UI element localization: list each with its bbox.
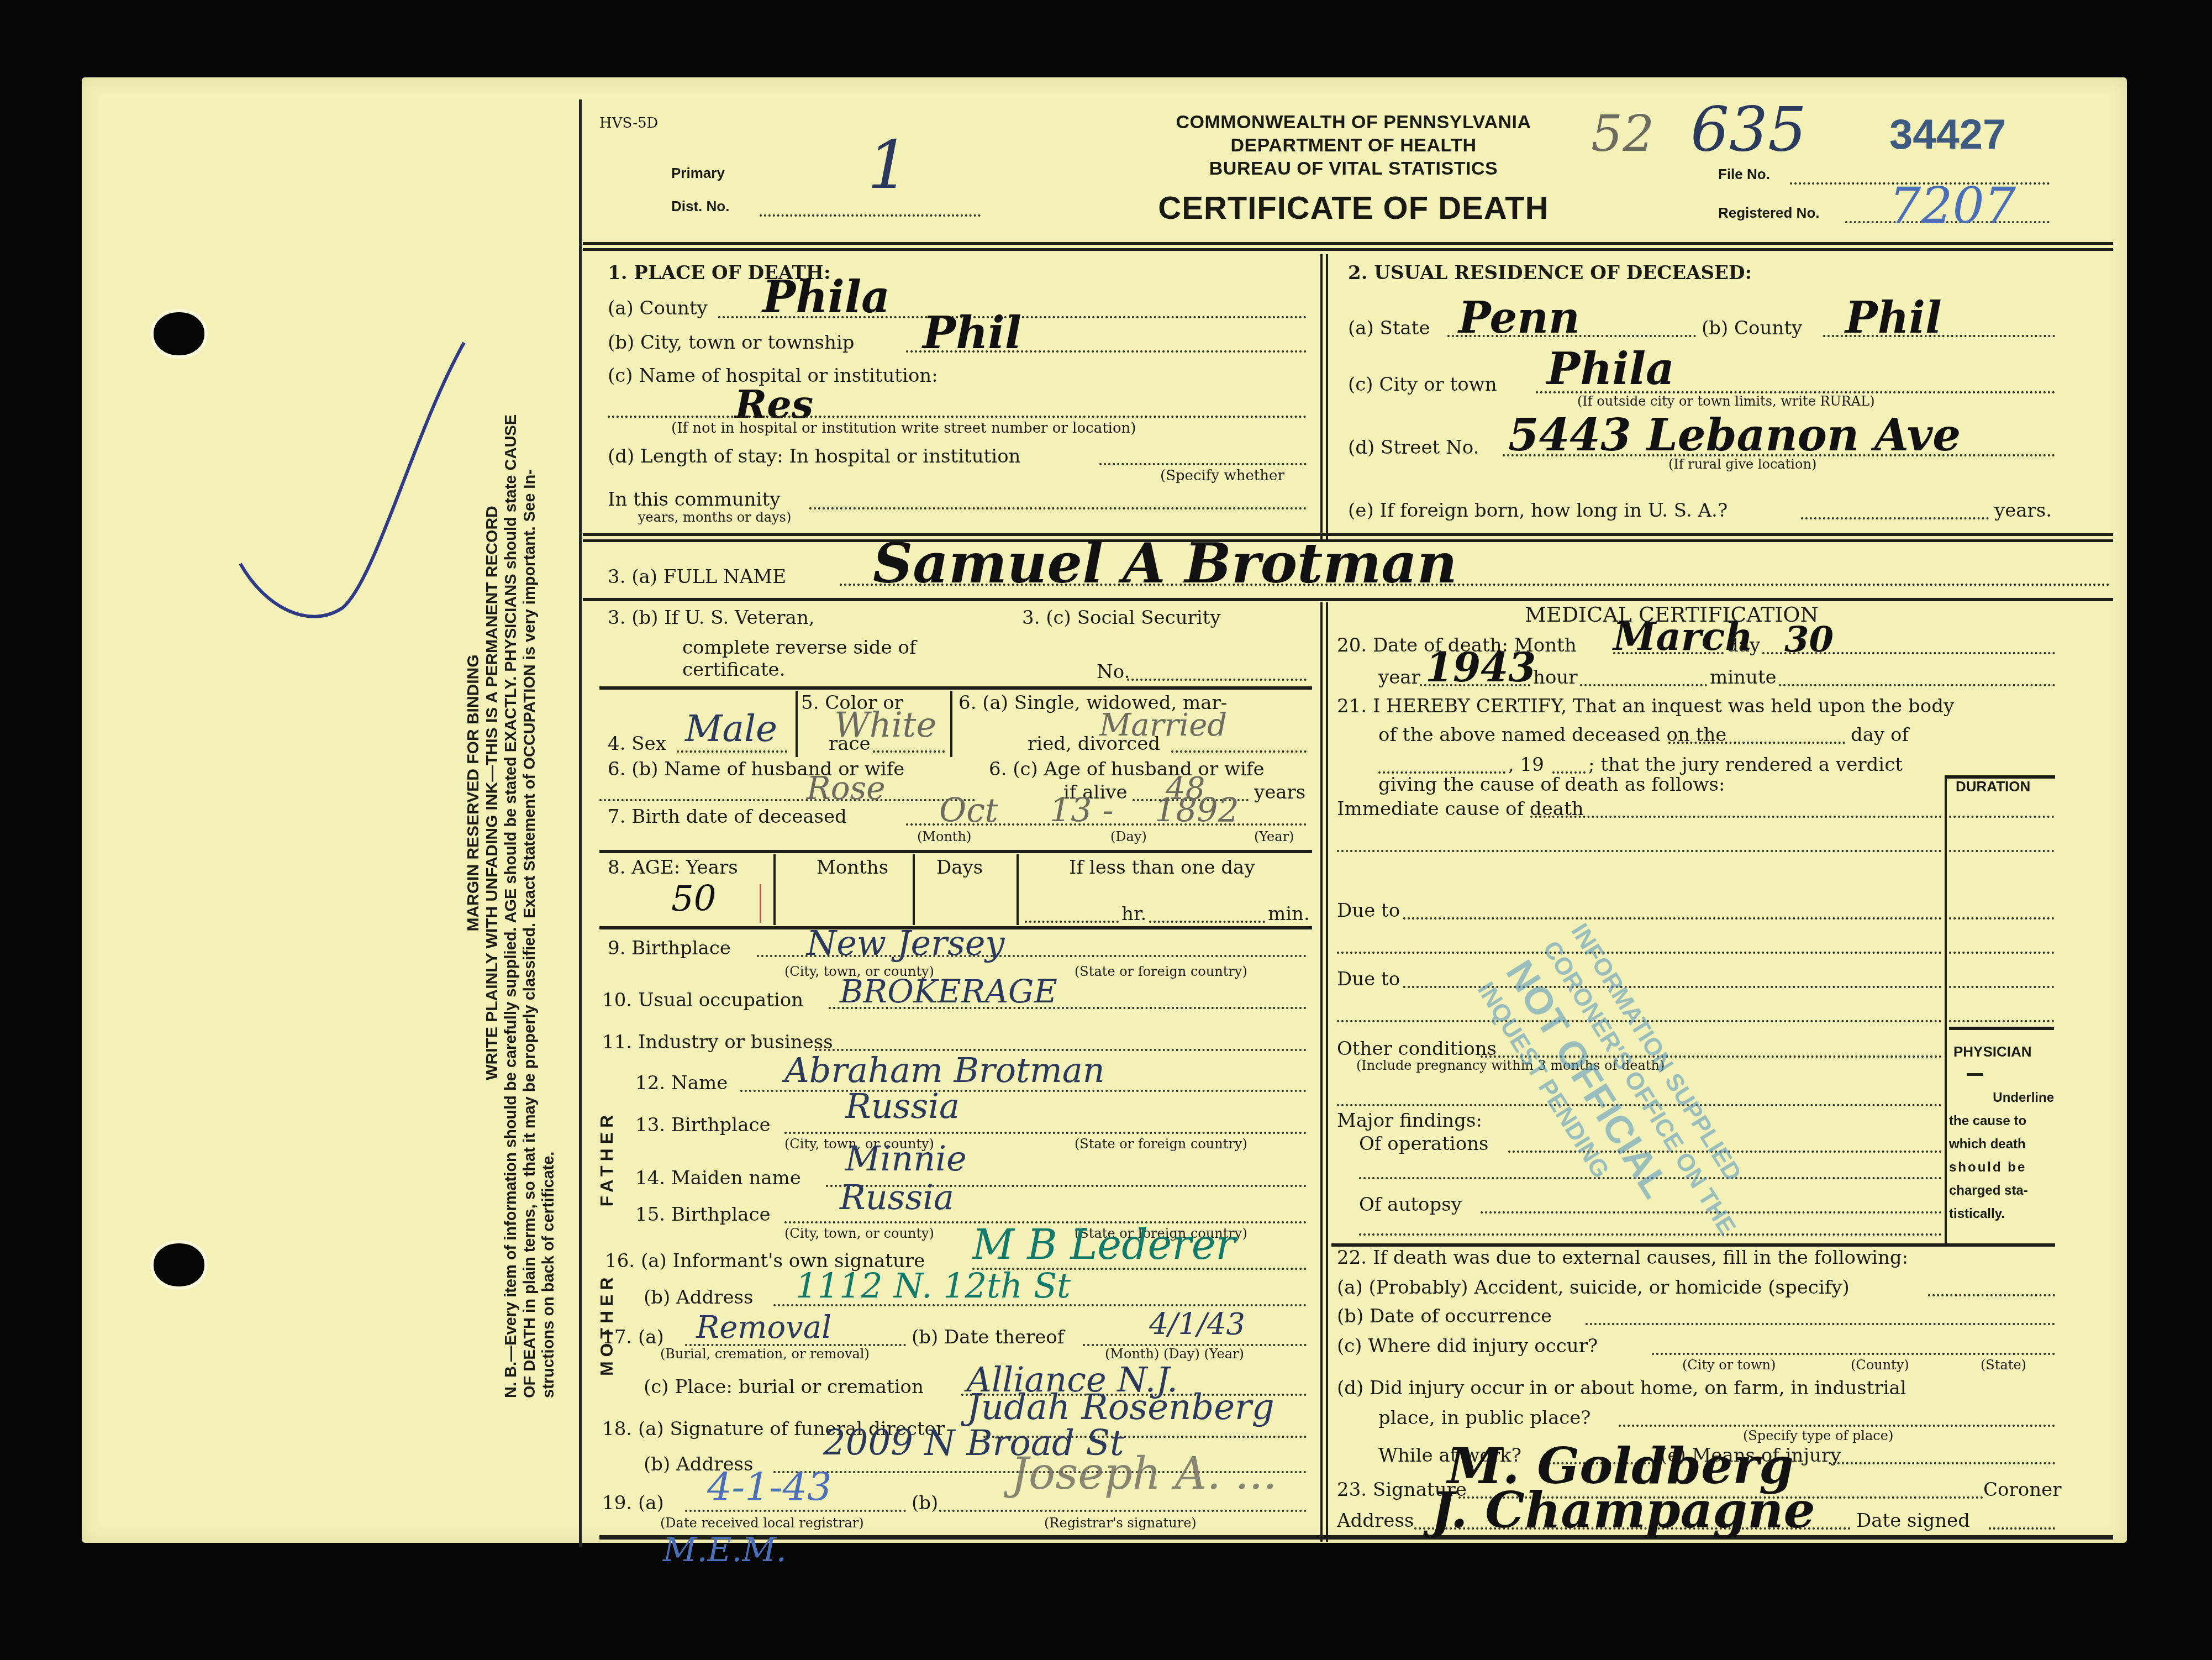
means-of-injury-field[interactable] bbox=[1829, 1462, 2055, 1464]
due-to-duration-1b[interactable] bbox=[1949, 952, 2054, 954]
due-to-duration-2b[interactable] bbox=[1949, 1020, 2054, 1022]
color-marital-divider bbox=[950, 691, 952, 757]
margin-note-3: structions on back of certificate. bbox=[539, 144, 558, 1442]
registrar-initials: M.E.M. bbox=[663, 1531, 787, 1569]
dist-no-label: Dist. No. bbox=[671, 198, 729, 214]
veteran-label-1: 3. (b) If U. S. Veteran, bbox=[608, 607, 815, 629]
autopsy-label: Of autopsy bbox=[1359, 1194, 1462, 1216]
state-label: (a) State bbox=[1348, 317, 1430, 339]
margin-title: MARGIN RESERVED FOR BINDING bbox=[464, 144, 483, 1442]
occupation-label: 10. Usual occupation bbox=[602, 989, 803, 1011]
section-divider-2 bbox=[583, 598, 2113, 601]
foreign-field[interactable] bbox=[1801, 517, 1989, 519]
birthplace-value: New Jersey bbox=[807, 923, 1004, 963]
disposition-value: Removal bbox=[696, 1310, 831, 1346]
date-signed-field[interactable] bbox=[1989, 1527, 2055, 1530]
registrar-date-field[interactable] bbox=[685, 1510, 906, 1512]
city-label: (b) City, town or township bbox=[608, 332, 855, 354]
sex-value: Male bbox=[685, 707, 777, 750]
ss-no-field[interactable] bbox=[1127, 679, 1307, 681]
disposition-label: 17. (a) bbox=[602, 1326, 664, 1348]
mother-birthplace-label: 15. Birthplace bbox=[635, 1204, 771, 1226]
spouse-age-suffix: years bbox=[1254, 781, 1305, 803]
foreign-suffix: years. bbox=[1994, 500, 2052, 522]
due-to-field-1b[interactable] bbox=[1337, 952, 1942, 954]
death-hour-label: hour bbox=[1533, 666, 1578, 689]
due-to-duration-1[interactable] bbox=[1949, 917, 2054, 920]
hospital-field[interactable] bbox=[608, 416, 1307, 418]
residence-heading: 2. USUAL RESIDENCE OF DECEASED: bbox=[1348, 262, 1752, 284]
veteran-label-3: certificate. bbox=[682, 659, 786, 681]
registrar-signature-value: Joseph A. ... bbox=[1011, 1448, 1277, 1499]
death-hour-field[interactable] bbox=[1580, 684, 1707, 686]
registrar-b-label: (b) bbox=[912, 1492, 938, 1514]
divider-age-top bbox=[599, 850, 1312, 853]
margin-rule bbox=[579, 99, 582, 1547]
color-value: White bbox=[834, 705, 936, 745]
primary-label: Primary bbox=[671, 165, 725, 181]
external-d-label-2: place, in public place? bbox=[1378, 1407, 1591, 1429]
stay-note: (Specify whether bbox=[1160, 467, 1284, 484]
registrar-signature-caption: (Registrar's signature) bbox=[1044, 1515, 1197, 1531]
age-days-label: Days bbox=[936, 857, 983, 879]
external-a-label: (a) (Probably) Accident, suicide, or hom… bbox=[1337, 1276, 1850, 1299]
divider-3 bbox=[599, 686, 1312, 690]
inquest-day-field[interactable] bbox=[1668, 742, 1845, 744]
stay-field[interactable] bbox=[1099, 463, 1307, 465]
operations-label: Of operations bbox=[1359, 1133, 1489, 1155]
birth-date-label: 7. Birth date of deceased bbox=[608, 806, 847, 828]
duration-label: DURATION bbox=[1956, 778, 2030, 795]
registrar-date-caption: (Date received local registrar) bbox=[660, 1515, 864, 1531]
physician-note-line-4: should be bbox=[1949, 1156, 2054, 1179]
red-tick-mark bbox=[760, 884, 761, 923]
binding-margin-instructions: MARGIN RESERVED FOR BINDING WRITE PLAINL… bbox=[464, 144, 586, 1442]
immediate-cause-field[interactable] bbox=[1530, 816, 1942, 818]
city-value: Phil bbox=[923, 307, 1021, 359]
stamped-file-number: 34427 bbox=[1889, 111, 2006, 159]
registrar-signature-field[interactable] bbox=[939, 1510, 1307, 1512]
birthplace-label: 9. Birthplace bbox=[608, 937, 731, 959]
mother-birthplace-value: Russia bbox=[840, 1177, 954, 1217]
external-b-field[interactable] bbox=[1586, 1323, 2055, 1325]
registrar-a-label: 19. (a) bbox=[602, 1492, 664, 1514]
age-div-3 bbox=[1017, 854, 1019, 925]
physician-note-line-6: tistically. bbox=[1949, 1202, 2054, 1226]
age-hr-label: hr. bbox=[1121, 903, 1146, 925]
birth-day-caption: (Day) bbox=[1110, 829, 1147, 844]
res-city-note: (If outside city or town limits, write R… bbox=[1577, 393, 1875, 409]
informant-signature-value: M B Lederer bbox=[972, 1221, 1235, 1269]
community-field[interactable] bbox=[809, 507, 1307, 509]
file-no-label: File No. bbox=[1718, 166, 1770, 182]
physician-note-line-5: charged sta- bbox=[1949, 1179, 2054, 1202]
certify-line-2-suffix: day of bbox=[1851, 724, 1909, 746]
informant-address-label: (b) Address bbox=[644, 1286, 753, 1309]
age-min-field[interactable] bbox=[1149, 921, 1265, 923]
hospital-note: (If not in hospital or institution write… bbox=[671, 420, 1136, 437]
physician-dash bbox=[1967, 1073, 1983, 1076]
ss-no-label: No. bbox=[1097, 661, 1130, 683]
father-name-label: 12. Name bbox=[635, 1072, 728, 1094]
disposition-caption: (Burial, cremation, or removal) bbox=[660, 1346, 870, 1362]
physician-note-line-1: Underline bbox=[1949, 1086, 2054, 1110]
street-note: (If rural give location) bbox=[1668, 456, 1816, 472]
margin-warning: WRITE PLAINLY WITH UNFADING INK—THIS IS … bbox=[483, 144, 502, 1442]
immediate-duration-field-2[interactable] bbox=[1949, 850, 2054, 852]
age-less-than-day-label: If less than one day bbox=[1069, 857, 1255, 879]
age-min-label: min. bbox=[1268, 903, 1310, 925]
res-city-value: Phila bbox=[1547, 343, 1674, 395]
other-conditions-label: Other conditions bbox=[1337, 1038, 1497, 1060]
form-code: HVS-5D bbox=[599, 115, 658, 132]
res-county-value: Phil bbox=[1845, 293, 1942, 343]
registered-no-label: Registered No. bbox=[1718, 204, 1820, 221]
social-security-label: 3. (c) Social Security bbox=[1022, 607, 1221, 629]
dist-no-value: 1 bbox=[867, 127, 909, 204]
sex-field[interactable] bbox=[677, 750, 787, 753]
margin-note-1: N. B.—Every item of information should b… bbox=[502, 144, 520, 1442]
death-minute-label: minute bbox=[1710, 666, 1777, 689]
parents-side-label: MOTHER FATHER bbox=[597, 1078, 630, 1409]
disposition-date-label: (b) Date thereof bbox=[912, 1326, 1064, 1348]
color-field[interactable] bbox=[873, 750, 945, 753]
foreign-label: (e) If foreign born, how long in U. S. A… bbox=[1348, 500, 1728, 522]
age-div-2 bbox=[913, 854, 915, 925]
marital-field[interactable] bbox=[1171, 750, 1307, 753]
immediate-duration-field[interactable] bbox=[1949, 816, 2054, 818]
due-to-field-1[interactable] bbox=[1403, 917, 1942, 920]
community-label: In this community bbox=[608, 488, 780, 511]
death-day-label: day bbox=[1726, 634, 1760, 656]
external-c-city-caption: (City or town) bbox=[1682, 1357, 1776, 1373]
due-to-label-2: Due to bbox=[1337, 968, 1400, 990]
issuer-block: COMMONWEALTH OF PENNSYLVANIA DEPARTMENT … bbox=[1083, 111, 1624, 228]
spouse-field[interactable] bbox=[599, 799, 975, 801]
age-div-1 bbox=[773, 854, 776, 925]
duration-column-rule bbox=[1945, 775, 1947, 1245]
age-hr-field[interactable] bbox=[1025, 921, 1119, 923]
physician-label: PHYSICIAN bbox=[1953, 1043, 2032, 1060]
father-birthplace-label: 13. Birthplace bbox=[635, 1114, 771, 1136]
major-findings-label: Major findings: bbox=[1337, 1110, 1482, 1132]
dist-no-field[interactable] bbox=[760, 214, 981, 217]
father-birthplace-value: Russia bbox=[845, 1086, 960, 1126]
date-signed-label: Date signed bbox=[1856, 1510, 1970, 1532]
certify-line-4: giving the cause of death as follows: bbox=[1378, 774, 1725, 796]
sex-color-divider bbox=[796, 691, 798, 757]
res-city-label: (c) City or town bbox=[1348, 374, 1497, 396]
full-name-value: Samuel A Brotman bbox=[873, 530, 1457, 596]
age-years-label: 8. AGE: Years bbox=[608, 857, 738, 879]
marital-value: Married bbox=[1099, 707, 1227, 743]
birth-year-caption: (Year) bbox=[1254, 829, 1294, 844]
spouse-value: Rose bbox=[807, 769, 886, 807]
external-c-label: (c) Where did injury occur? bbox=[1337, 1335, 1598, 1357]
death-year-label: year bbox=[1378, 666, 1420, 689]
sex-label: 4. Sex bbox=[608, 733, 666, 755]
external-c-state-caption: (State) bbox=[1981, 1357, 2026, 1373]
due-to-label-1: Due to bbox=[1337, 900, 1400, 922]
mother-maiden-label: 14. Maiden name bbox=[635, 1167, 801, 1189]
mother-maiden-value: Minnie bbox=[845, 1138, 967, 1179]
state-value: Penn bbox=[1458, 293, 1580, 343]
occupation-value: BROKERAGE bbox=[840, 973, 1057, 1010]
issuer-line-3: BUREAU OF VITAL STATISTICS bbox=[1083, 157, 1624, 180]
funeral-director-value: Judah Rosenberg bbox=[967, 1387, 1274, 1428]
external-a-field[interactable] bbox=[1928, 1294, 2055, 1296]
birth-month-caption: (Month) bbox=[917, 829, 971, 844]
age-months-label: Months bbox=[817, 857, 888, 879]
column-divider-top bbox=[1320, 254, 1328, 542]
column-divider-main bbox=[1320, 602, 1328, 1542]
county-value: Phila bbox=[762, 271, 890, 323]
informant-address-value: 1112 N. 12th St bbox=[796, 1265, 1071, 1306]
certify-line-3: , 19 bbox=[1508, 754, 1544, 776]
burial-place-label: (c) Place: burial or cremation bbox=[644, 1376, 924, 1398]
external-c-field[interactable] bbox=[1652, 1353, 2055, 1355]
physician-note: Underline the cause to which death shoul… bbox=[1949, 1086, 2054, 1226]
issuer-line-2: DEPARTMENT OF HEALTH bbox=[1083, 134, 1624, 157]
due-to-duration-2[interactable] bbox=[1949, 986, 2054, 988]
disposition-date-value: 4/1/43 bbox=[1149, 1307, 1245, 1342]
external-d-field[interactable] bbox=[1619, 1425, 2055, 1427]
full-name-label: 3. (a) FULL NAME bbox=[608, 566, 786, 588]
certify-line-1: 21. I HEREBY CERTIFY, That an inquest wa… bbox=[1337, 695, 1954, 717]
coroner-address-value: J. Champagne bbox=[1431, 1481, 1815, 1540]
death-year-value: 1943 bbox=[1425, 644, 1536, 691]
handwritten-number-1: 52 bbox=[1591, 105, 1655, 163]
county-label: (a) County bbox=[608, 297, 708, 319]
birthplace-state-caption: (State or foreign country) bbox=[1075, 964, 1247, 979]
handwritten-number-2: 635 bbox=[1690, 94, 1807, 165]
registrar-date-value: 4-1-43 bbox=[707, 1464, 831, 1510]
external-d-label-1: (d) Did injury occur in or about home, o… bbox=[1337, 1377, 1906, 1399]
document-title: CERTIFICATE OF DEATH bbox=[1083, 189, 1624, 228]
bottom-rule bbox=[599, 1535, 2113, 1540]
street-label: (d) Street No. bbox=[1348, 437, 1479, 459]
res-county-label: (b) County bbox=[1702, 317, 1802, 339]
punch-hole-bottom bbox=[154, 1243, 204, 1286]
physician-note-line-3: which death bbox=[1949, 1133, 2054, 1156]
father-side-label: FATHER bbox=[597, 1111, 624, 1207]
coroner-address-label: Address bbox=[1337, 1510, 1414, 1532]
physician-top-rule bbox=[1949, 1027, 2054, 1030]
stay-label: (d) Length of stay: In hospital or insti… bbox=[608, 445, 1021, 467]
punch-hole-top bbox=[154, 312, 204, 355]
mother-side-label: MOTHER bbox=[597, 1273, 624, 1376]
physician-note-line-2: the cause to bbox=[1949, 1110, 2054, 1133]
death-day-value: 30 bbox=[1784, 619, 1834, 660]
father-name-value: Abraham Brotman bbox=[784, 1050, 1105, 1090]
birth-day-value: 13 - bbox=[1050, 791, 1114, 830]
father-state-caption: (State or foreign country) bbox=[1075, 1136, 1247, 1152]
certify-line-3-suffix: ; that the jury rendered a verdict bbox=[1588, 754, 1903, 776]
mother-city-caption: (City, town, or county) bbox=[784, 1226, 934, 1241]
community-note: years, months or days) bbox=[638, 509, 791, 525]
external-c-county-caption: (County) bbox=[1851, 1357, 1909, 1373]
death-minute-field[interactable] bbox=[1779, 684, 2055, 686]
external-heading: 22. If death was due to external causes,… bbox=[1337, 1247, 1908, 1269]
margin-note-2: OF DEATH in plain terms, so that it may … bbox=[520, 144, 539, 1442]
issuer-line-1: COMMONWEALTH OF PENNSYLVANIA bbox=[1083, 111, 1624, 134]
birth-month-value: Oct bbox=[939, 791, 998, 830]
birth-year-value: 1892 bbox=[1155, 791, 1239, 830]
street-value: 5443 Lebanon Ave bbox=[1508, 409, 1961, 461]
immediate-cause-field-2[interactable] bbox=[1337, 850, 1942, 852]
external-b-label: (b) Date of occurrence bbox=[1337, 1305, 1552, 1327]
coroner-label: Coroner bbox=[1983, 1479, 2061, 1501]
veteran-label-2: complete reverse side of bbox=[682, 637, 917, 659]
age-years-value: 50 bbox=[671, 879, 716, 920]
spouse-age-label-1: 6. (c) Age of husband or wife bbox=[989, 758, 1265, 780]
registered-no-value: 7207 bbox=[1889, 177, 2016, 235]
father-birthplace-field[interactable] bbox=[784, 1132, 1307, 1134]
header-divider bbox=[583, 242, 2113, 251]
